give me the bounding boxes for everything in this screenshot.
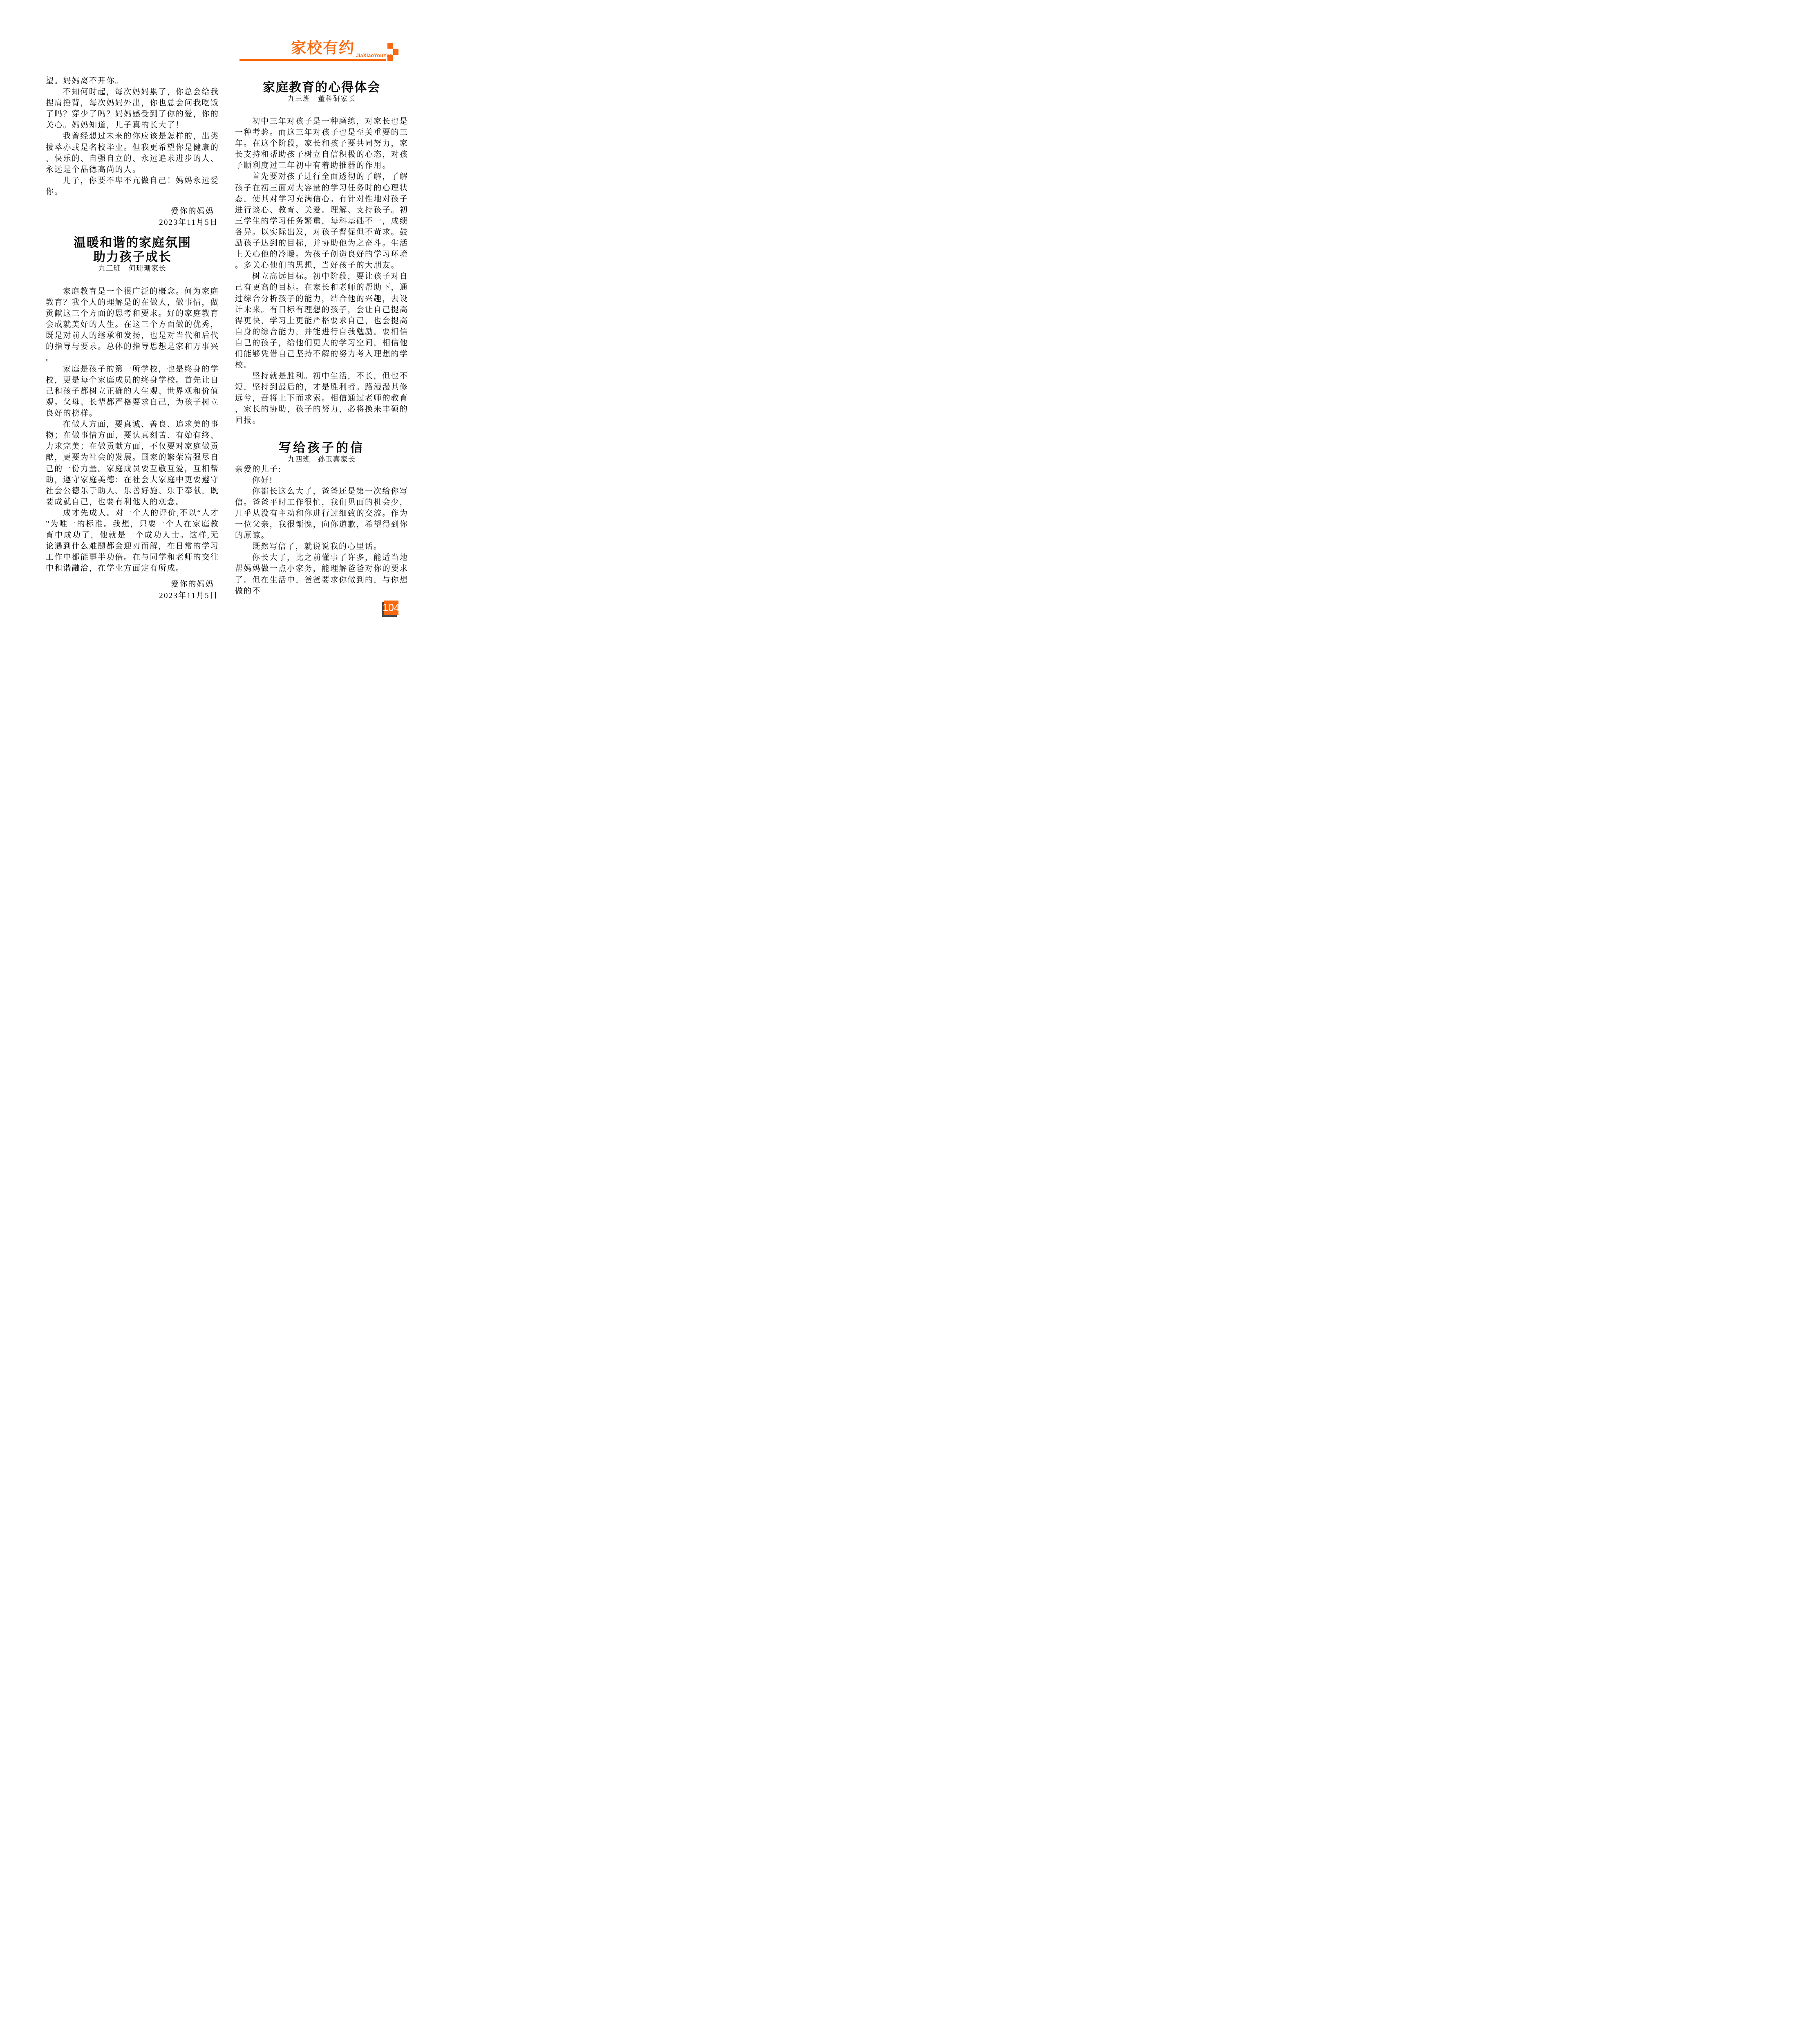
signature-name: 爱你的妈妈 (46, 579, 219, 590)
letter-body: 你好!你都长这么大了，爸爸还是第一次给你写信。爸爸平时工作很忙，我们见面的机会少… (235, 475, 408, 597)
paragraph: 望。妈妈离不开你。 (46, 76, 219, 87)
letter-title: 写给孩子的信 (235, 441, 408, 455)
header-pixel-block-icon (387, 43, 393, 49)
page-header-title: 家校有约 (291, 40, 355, 57)
article-byline: 九三班 董科研家长 (235, 94, 408, 103)
paragraph: 既然写信了，就说说我的心里话。 (235, 541, 408, 552)
article-body: 家庭教育是一个很广泛的概念。何为家庭教育？我个人的理解是的在做人，做事情，做贡献… (46, 286, 219, 574)
paragraph: 树立高远目标。初中阶段，要让孩子对自己有更高的目标。在家长和老师的帮助下，通过综… (235, 271, 408, 371)
paragraph: 不知何时起，每次妈妈累了，你总会给我捏肩捶背，每次妈妈外出，你也总会问我吃饭了吗… (46, 87, 219, 131)
page-number: 104 (383, 602, 400, 614)
header-pixel-block-icon (393, 49, 398, 55)
paragraph: 儿子，你要不卑不亢做自己！妈妈永远爱你。 (46, 175, 219, 197)
paragraph: 家庭教育是一个很广泛的概念。何为家庭教育？我个人的理解是的在做人，做事情，做贡献… (46, 286, 219, 364)
left-column-letter-end: 望。妈妈离不开你。不知何时起，每次妈妈累了，你总会给我捏肩捶背，每次妈妈外出，你… (46, 76, 219, 228)
signature-date: 2023年11月5日 (46, 590, 219, 601)
article-title-line2: 助力孩子成长 (46, 250, 219, 264)
header-pixel-block-icon (387, 55, 393, 61)
paragraph: 我曾经想过未来的你应该是怎样的，出类拔萃亦或是名校毕业。但我更希望你是健康的、快… (46, 131, 219, 175)
article-title: 家庭教育的心得体会 (235, 80, 408, 94)
paragraph: 在做人方面，要真诚、善良、追求美的事物；在做事情方面，要认真刻苦、有始有终、力求… (46, 419, 219, 508)
magazine-page: 家校有约 JiaXiaoYouYue 望。妈妈离不开你。不知何时起，每次妈妈累了… (0, 0, 454, 642)
paragraph: 首先要对孩子进行全面透彻的了解，了解孩子在初三面对大容量的学习任务时的心理状态，… (235, 171, 408, 271)
article-title-line1: 温暖和谐的家庭氛围 (46, 235, 219, 250)
signature-block: 爱你的妈妈 2023年11月5日 (46, 579, 219, 601)
paragraph: 你好! (235, 475, 408, 486)
paragraph: 你长大了，比之前懂事了许多，能适当地帮妈妈做一点小家务，能理解爸爸对你的要求了。… (235, 552, 408, 596)
paragraph: 家庭是孩子的第一所学校，也是终身的学校，更是每个家庭成员的终身学校。首先让自己和… (46, 364, 219, 419)
paragraph: 初中三年对孩子是一种磨练，对家长也是一种考验。而这三年对孩子也是至关重要的三年。… (235, 116, 408, 171)
letter-end-body: 望。妈妈离不开你。不知何时起，每次妈妈累了，你总会给我捏肩捶背，每次妈妈外出，你… (46, 76, 219, 197)
signature-date: 2023年11月5日 (46, 217, 219, 228)
right-column: 家庭教育的心得体会 九三班 董科研家长 初中三年对孩子是一种磨练，对家长也是一种… (235, 80, 408, 597)
page-number-badge: 104 (384, 601, 398, 615)
signature-block: 爱你的妈妈 2023年11月5日 (46, 206, 219, 228)
paragraph: 你都长这么大了，爸爸还是第一次给你写信。爸爸平时工作很忙，我们见面的机会少，几乎… (235, 486, 408, 541)
paragraph: 成才先成人。对一个人的评价,不以“人才”为唯一的标准。我想，只要一个人在家庭教育… (46, 508, 219, 574)
page-header-pinyin: JiaXiaoYouYue (356, 53, 392, 58)
paragraph: 坚持就是胜利。初中生活，不长，但也不短，坚持到最后的，才是胜利者。路漫漫其修远兮… (235, 371, 408, 426)
article-body: 初中三年对孩子是一种磨练，对家长也是一种考验。而这三年对孩子也是至关重要的三年。… (235, 116, 408, 426)
signature-name: 爱你的妈妈 (46, 206, 219, 217)
header-rule (239, 59, 386, 61)
left-column-article: 温暖和谐的家庭氛围 助力孩子成长 九三班 何珊珊家长 家庭教育是一个很广泛的概念… (46, 235, 219, 601)
letter-byline: 九四班 孙玉嘉家长 (235, 455, 408, 464)
article-byline: 九三班 何珊珊家长 (46, 264, 219, 273)
letter-salutation: 亲爱的儿子: (235, 464, 408, 475)
